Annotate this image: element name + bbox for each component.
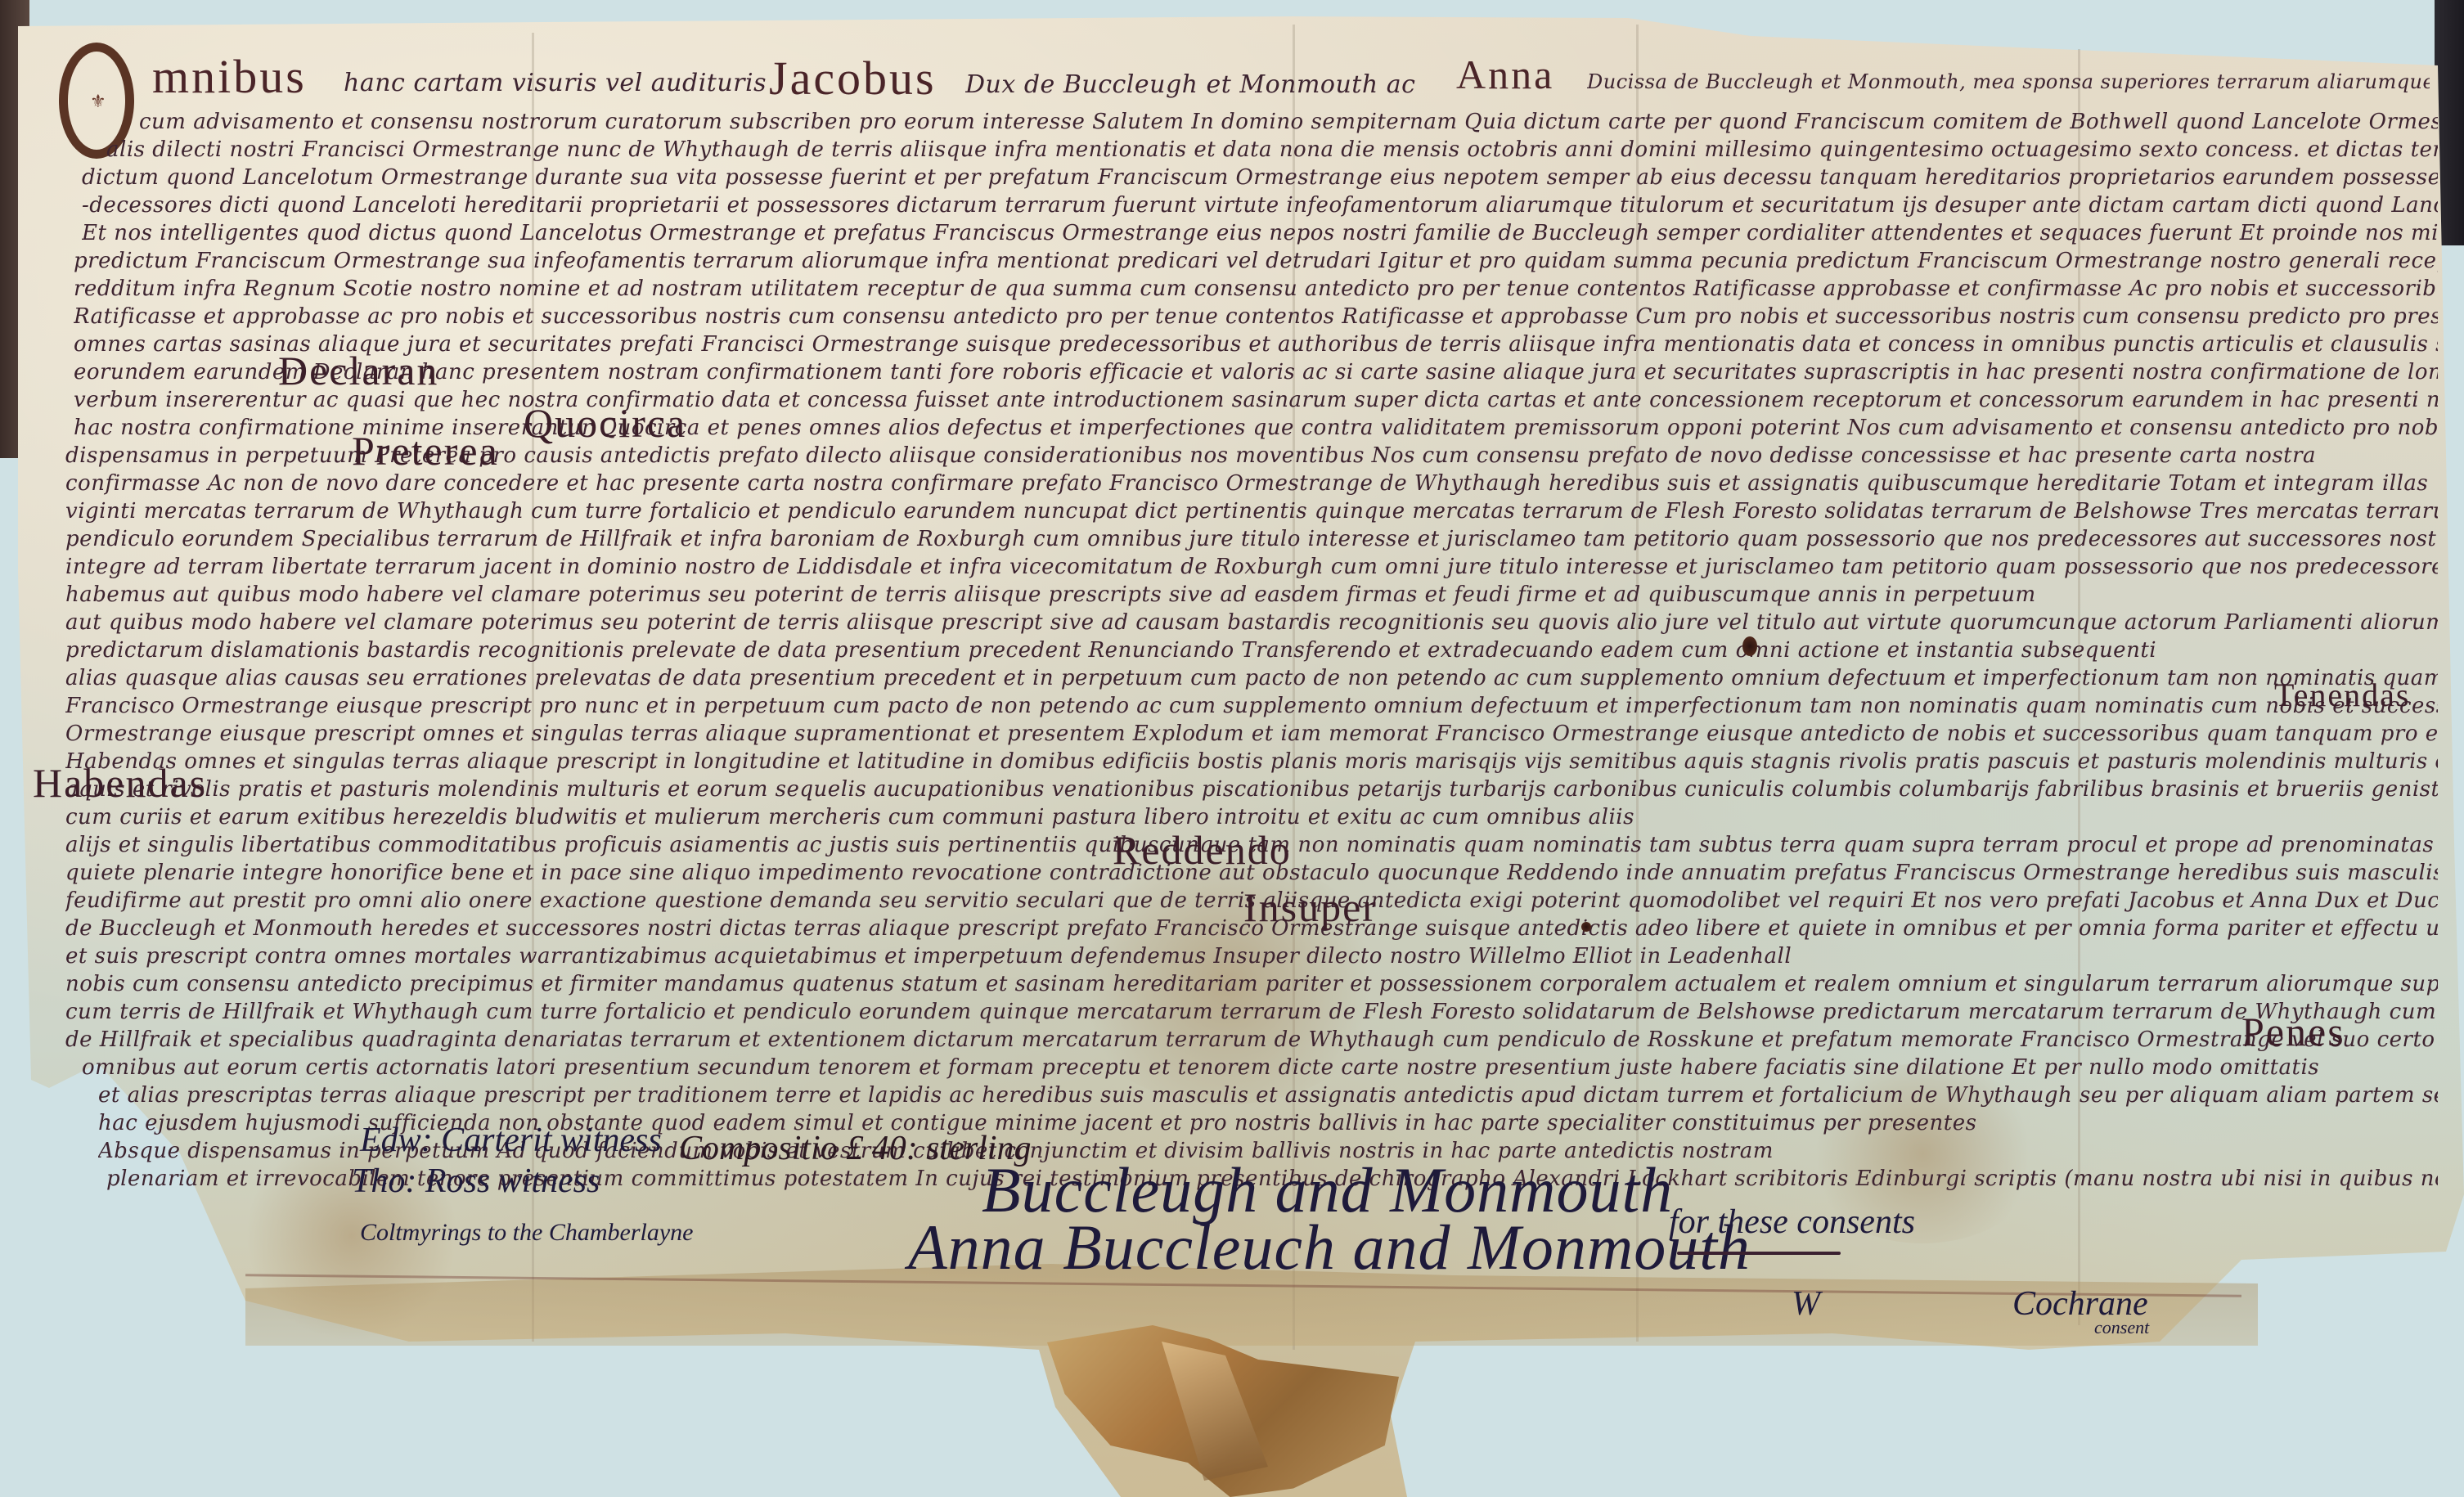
- opening-initial-rest: mnibus: [152, 49, 307, 104]
- charter-line: Francisco Ormestrange eiusque prescript …: [65, 694, 2438, 718]
- charter-line: aut quibus modo habere vel clamare poter…: [65, 610, 2438, 635]
- signature-cochrane-sub: consent: [2094, 1317, 2149, 1338]
- fleur-de-lis-icon: ⚜: [90, 92, 106, 112]
- charter-line: omnibus aut eorum certis actornatis lato…: [82, 1055, 2438, 1080]
- heading-penes: Penes: [2241, 1008, 2345, 1055]
- ink-blot: [1742, 636, 1757, 656]
- charter-line: aquis et rivolis pratis et pasturis mole…: [65, 777, 2438, 802]
- heading-habendas: Habendas: [33, 759, 207, 807]
- title-duchess: Ducissa de Buccleugh et Monmouth, mea sp…: [1587, 70, 2430, 93]
- ink-blot: [1581, 922, 1591, 932]
- consent-underline: [1677, 1252, 1841, 1255]
- charter-line: habemus aut quibus modo habere vel clama…: [65, 582, 2438, 607]
- heading-insuper: Insuper: [1243, 883, 1378, 931]
- charter-line: alis dilecti nostri Francisci Ormestrang…: [106, 137, 2438, 162]
- title-duke: Dux de Buccleugh et Monmouth ac: [965, 70, 1415, 99]
- charter-line: Habendas omnes et singulas terras aliaqu…: [65, 749, 2438, 774]
- charter-line: cum terris de Hillfraik et Whythaugh cum…: [65, 1000, 2438, 1024]
- charter-line: confirmasse Ac non de novo dare conceder…: [65, 471, 2438, 496]
- heading-declaramus: Declaran: [278, 347, 438, 394]
- charter-line: -decessores dicti quond Lanceloti heredi…: [82, 193, 2438, 218]
- charter-line: alias quasque alias causas seu erratione…: [65, 666, 2438, 690]
- charter-line: predictum Franciscum Ormestrange sua inf…: [74, 249, 2438, 273]
- charter-line: et suis prescript contra omnes mortales …: [65, 944, 2438, 969]
- composition-note: Compositio £ 40: sterling: [679, 1129, 1032, 1168]
- signature-witness-third: Coltmyrings to the Chamberlayne: [360, 1219, 693, 1247]
- name-jacobus: Jacobus: [769, 51, 937, 106]
- charter-line: viginti mercatas terrarum de Whythaugh c…: [65, 499, 2438, 524]
- charter-line: de Hillfraik et specialibus quadraginta …: [65, 1027, 2438, 1052]
- heading-quocirca: Quocirca: [524, 399, 686, 447]
- charter-line: Ratificasse et approbasse ac pro nobis e…: [74, 304, 2438, 329]
- charter-line: et alias prescriptas terras aliaque pres…: [98, 1083, 2438, 1108]
- charter-line: integre ad terram libertate terrarum jac…: [65, 555, 2438, 579]
- signature-witness-ross: Tho: Ross witness: [352, 1162, 600, 1201]
- signature-initials: W: [1792, 1284, 1820, 1324]
- charter-line: dictum quond Lancelotum Ormestrange dura…: [82, 165, 2438, 190]
- opening-text: hanc cartam visuris vel audituris: [344, 69, 767, 97]
- charter-line: Ormestrange eiusque prescript omnes et s…: [65, 722, 2438, 746]
- charter-line: predictarum dislamationis bastardis reco…: [65, 638, 2438, 663]
- heading-preterea: Preterea: [352, 427, 499, 474]
- charter-line: nobis cum consensu antedicto precipimus …: [65, 972, 2438, 996]
- name-anna: Anna: [1456, 51, 1554, 98]
- charter-line: redditum infra Regnum Scotie nostro nomi…: [74, 276, 2438, 301]
- signature-witness-carteret: Edw: Carterit witness: [360, 1121, 662, 1160]
- charter-line: pendiculo eorundem Specialibus terrarum …: [65, 527, 2438, 551]
- charter-line: cum advisamento et consensu nostrorum cu…: [139, 110, 2438, 134]
- heading-tenendas: Tenendas: [2274, 676, 2410, 714]
- charter-line: Et nos intelligentes quod dictus quond L…: [82, 221, 2438, 245]
- heading-reddendo: Reddendo: [1113, 826, 1292, 874]
- consent-note: for these consents: [1669, 1203, 1915, 1242]
- signature-duchess: Anna Buccleuch and Monmouth: [908, 1211, 1751, 1284]
